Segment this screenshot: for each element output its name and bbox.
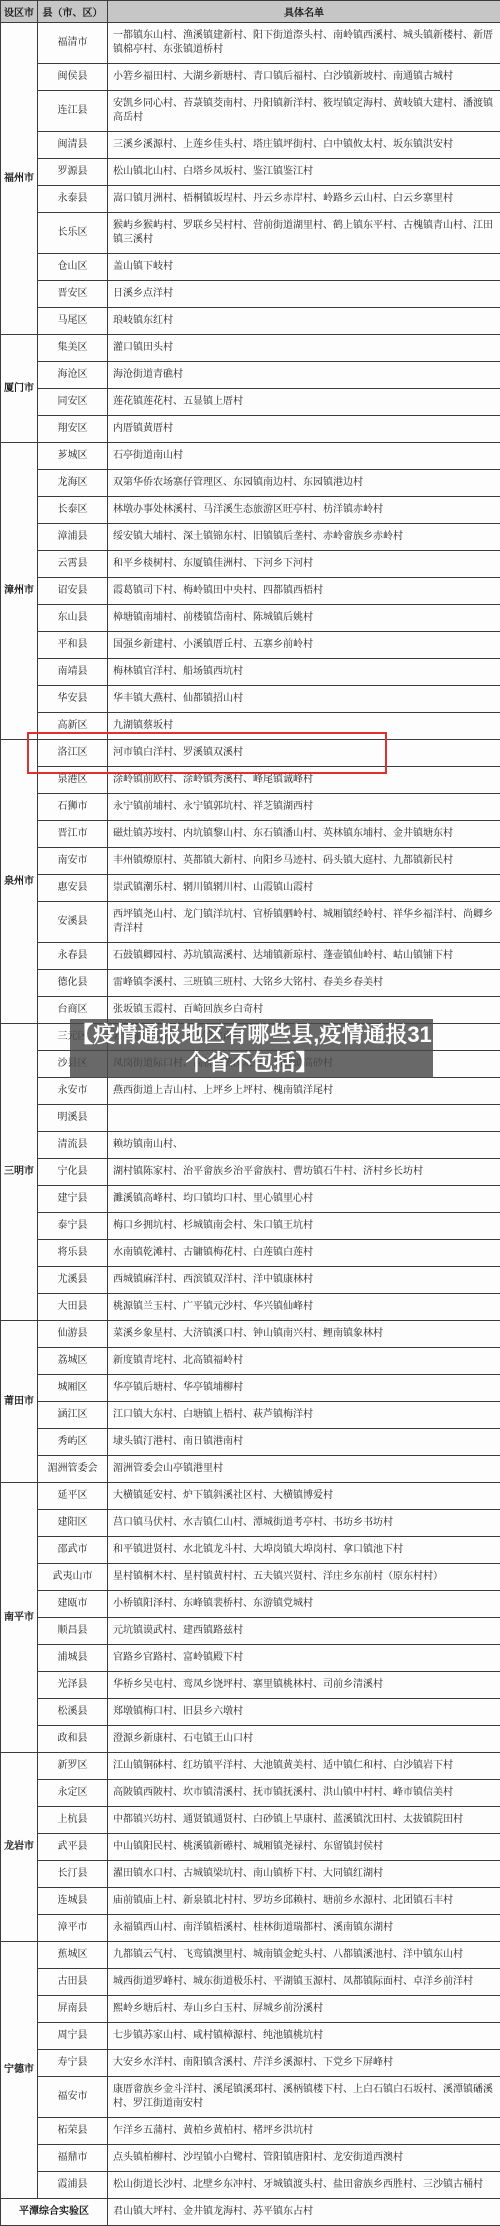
county-cell: 闽侯县	[38, 64, 108, 91]
county-cell: 宁化县	[38, 1159, 108, 1186]
villages-cell: 九都镇云气村、飞鸾镇澳里村、城南镇金蛇头村、八都镇溪池村、洋中镇东山村	[108, 1942, 500, 1969]
table-row: 建阳区莒口镇马伏村、水吉镇仁山村、潭城街道考亭村、书坊乡书坊村	[1, 1510, 500, 1537]
county-cell: 惠安县	[38, 875, 108, 902]
city-cell: 龙岩市	[1, 1753, 38, 1942]
county-cell: 泰宁县	[38, 1213, 108, 1240]
table-row: 永定区高陂镇西陂村、坎市镇清溪村、抚市镇抚溪村、洪山镇中村村、峰市镇信美村	[1, 1780, 500, 1807]
villages-cell: 梅口乡拥坑村、杉城镇南会村、朱口镇王坑村	[108, 1213, 500, 1240]
villages-cell: 松山街道长沙村、北壁乡东冲村、牙城镇渡头村、盐田畲族乡西胜村、三沙镇古桶村	[108, 2172, 500, 2199]
table-row: 晋安区日溪乡点洋村	[1, 281, 500, 308]
table-row: 湄洲管委会湄洲管委会山亭镇港里村	[1, 1456, 500, 1483]
county-cell: 武平县	[38, 1834, 108, 1861]
county-cell: 邵武市	[38, 1537, 108, 1564]
table-row: 邵武市和平镇进贤村、水北镇龙斗村、大埠岗镇大埠岗村、拿口镇池下村	[1, 1537, 500, 1564]
villages-cell: 湄洲管委会山亭镇港里村	[108, 1456, 500, 1483]
table-row: 闽清县三溪乡溪源村、上莲乡佳头村、塔庄镇坪街村、白中镇攸太村、坂东镇洪安村	[1, 132, 500, 159]
table-row: 石狮市永宁镇前埔村、永宁镇郭坑村、祥芝镇湖西村	[1, 794, 500, 821]
county-cell: 龙海区	[38, 470, 108, 497]
villages-cell: 永宁镇前埔村、永宁镇郭坑村、祥芝镇湖西村	[108, 794, 500, 821]
table-row: 城厢区华亭镇后塘村、华亭镇埔柳村	[1, 1375, 500, 1402]
county-cell: 政和县	[38, 1726, 108, 1753]
villages-cell: 莲花镇莲花村、五显镇上厝村	[108, 389, 500, 416]
county-cell: 华安县	[38, 686, 108, 713]
villages-cell: 点头镇柏柳村、沙埕镇小白鹭村、管阳镇唐阳村、龙安街道西澳村	[108, 2145, 500, 2172]
table-row: 武夷山市星村镇桐木村、星村镇黄村村、五夫镇兴贤村、洋庄乡东前村（原东村村）	[1, 1564, 500, 1591]
table-row: 屏南县熙岭乡塘后村、寿山乡白玉村、屏城乡前汾溪村	[1, 1996, 500, 2023]
villages-cell: 官路乡官路村、富岭镇殿下村	[108, 1645, 500, 1672]
villages-cell: 江山镇铜砵村、红坊镇平洋村、大池镇黄美村、适中镇仁和村、白沙镇岩下村	[108, 1753, 500, 1780]
city-cell: 三明市	[1, 1024, 38, 1321]
villages-cell: 七步镇苏家山村、咸村镇樟源村、纯池镇桃坑村	[108, 2023, 500, 2050]
table-body: 福州市福清市一都镇东山村、渔溪镇建新村、阳下街道漈头村、南岭镇西溪村、城头镇新楼…	[1, 23, 500, 2226]
table-row: 大田县桃源镇兰玉村、广平镇元沙村、华兴镇仙峰村	[1, 1294, 500, 1321]
county-cell: 安溪县	[38, 902, 108, 943]
villages-cell: 新度镇青垞村、北高镇福岭村	[108, 1348, 500, 1375]
villages-cell: 星村镇桐木村、星村镇黄村村、五夫镇兴贤村、洋庄乡东前村（原东村村）	[108, 1564, 500, 1591]
header-row: 设区市 县（市、区） 具体名单	[1, 1, 500, 23]
county-cell: 马尾区	[38, 308, 108, 335]
table-row: 政和县澄源乡新康村、石屯镇王山口村	[1, 1726, 500, 1753]
table-row: 闽侯县小箬乡福田村、大湖乡新塘村、青口镇后福村、白沙镇新坡村、南通镇古城村	[1, 64, 500, 91]
county-cell: 永定区	[38, 1780, 108, 1807]
table-row: 建瓯市小桥镇阳泽村、东峰镇裴桥村、东游镇党城村	[1, 1591, 500, 1618]
county-cell: 霞浦县	[38, 2172, 108, 2199]
table-row-pingtan: 平潭综合实验区君山镇大坪村、金井镇龙海村、苏平镇东占村	[1, 2199, 500, 2226]
county-cell: 涵江区	[38, 1402, 108, 1429]
table-row: 仓山区盖山镇下岐村	[1, 254, 500, 281]
villages-cell: 猴屿乡猴屿村、罗联乡吴村村、营前街道湖里村、鹤上镇东平村、古槐镇青山村、江田镇三…	[108, 213, 500, 254]
county-cell: 集美区	[38, 335, 108, 362]
county-cell: 晋安区	[38, 281, 108, 308]
table-row: 南安市丰州镇燎原村、英都镇大新村、向阳乡马迹村、码头镇大庭村、九都镇新民村	[1, 848, 500, 875]
region-cell: 平潭综合实验区	[1, 2199, 108, 2226]
county-cell: 福鼎市	[38, 2145, 108, 2172]
county-cell: 罗源县	[38, 159, 108, 186]
table-row: 漳平市永福镇西山村、南洋镇梧溪村、桂林街道瑞都村、溪南镇东湖村	[1, 1915, 500, 1942]
villages-cell: 郑墩镇梅口村、旧县乡六墩村	[108, 1699, 500, 1726]
county-cell: 海沧区	[38, 362, 108, 389]
table-row: 海沧区海沧街道青礁村	[1, 362, 500, 389]
villages-cell: 灌口镇田头村	[108, 335, 500, 362]
table-row: 诏安县霞葛镇司下村、梅岭镇田中央村、四都镇西梧村	[1, 578, 500, 605]
county-cell: 长泰区	[38, 497, 108, 524]
county-cell: 芗城区	[38, 443, 108, 470]
table-row: 翔安区内厝镇黄厝村	[1, 416, 500, 443]
county-cell: 寿宁县	[38, 2050, 108, 2077]
county-cell: 大田县	[38, 1294, 108, 1321]
table-row: 漳州市芗城区石亭街道南山村	[1, 443, 500, 470]
county-cell: 尤溪县	[38, 1267, 108, 1294]
villages-cell: 大横镇延安村、炉下镇斜溪社区村、大横镇博爱村	[108, 1483, 500, 1510]
table-row: 寿宁县大安乡水洋村、南阳镇含溪村、芹洋乡溪源村、下党乡下屏峰村	[1, 2050, 500, 2077]
table-row: 上杭县中都镇兴坊村、通贤镇通贤村、白砂镇上早康村、蓝溪镇沈田村、太拔镇院田村	[1, 1807, 500, 1834]
city-cell: 漳州市	[1, 443, 38, 740]
villages-cell: 松山镇北山村、白塔乡凤坂村、鉴江镇鉴江村	[108, 159, 500, 186]
county-cell: 秀屿区	[38, 1429, 108, 1456]
villages-cell: 元坑镇谟武村、建西镇路兹村	[108, 1618, 500, 1645]
county-cell: 光泽县	[38, 1672, 108, 1699]
county-cell: 平和县	[38, 632, 108, 659]
county-cell: 古田县	[38, 1969, 108, 1996]
document-page: 设区市 县（市、区） 具体名单 福州市福清市一都镇东山村、渔溪镇建新村、阳下街道…	[0, 0, 500, 2226]
villages-cell: 三溪乡溪源村、上莲乡佳头村、塔庄镇坪街村、白中镇攸太村、坂东镇洪安村	[108, 132, 500, 159]
county-cell: 南安市	[38, 848, 108, 875]
table-row: 霞浦县松山街道长沙村、北壁乡东冲村、牙城镇渡头村、盐田畲族乡西胜村、三沙镇古桶村	[1, 2172, 500, 2199]
villages-cell: 高陂镇西陂村、坎市镇清溪村、抚市镇抚溪村、洪山镇中村村、峰市镇信美村	[108, 1780, 500, 1807]
table-row: 泉州市洛江区河市镇白洋村、罗溪镇双溪村	[1, 740, 500, 767]
table-row: 华安县华丰镇大燕村、仙都镇招山村	[1, 686, 500, 713]
county-cell: 福清市	[38, 23, 108, 64]
table-row: 漳浦县绥安镇大埔村、深土镇锦东村、旧镇镇后垄村、赤岭畲族乡赤岭村	[1, 524, 500, 551]
villages-cell: 小桥镇阳泽村、东峰镇裴桥村、东游镇党城村	[108, 1591, 500, 1618]
villages-cell: 一都镇东山村、渔溪镇建新村、阳下街道漈头村、南岭镇西溪村、城头镇新楼村、新厝镇棉…	[108, 23, 500, 64]
table-row: 周宁县七步镇苏家山村、咸村镇樟源村、纯池镇桃坑村	[1, 2023, 500, 2050]
villages-cell: 石鼓镇卿园村、苏坑镇嵩溪村、达埔镇新琼村、蓬壶镇仙岭村、岵山镇铺下村	[108, 943, 500, 970]
county-cell: 云霄县	[38, 551, 108, 578]
county-cell: 福安市	[38, 2077, 108, 2118]
table-row: 清流县赖坊镇南山村、	[1, 1132, 500, 1159]
table-row: 平和县国强乡新建村、小溪镇厝丘村、五寨乡前岭村	[1, 632, 500, 659]
county-cell: 松溪县	[38, 1699, 108, 1726]
table-row: 古田县城西街道罗峰村、城东街道极乐村、平湖镇玉源村、凤都镇际面村、卓洋乡前洋村	[1, 1969, 500, 1996]
table-row: 福鼎市点头镇柏柳村、沙埕镇小白鹭村、管阳镇唐阳村、龙安街道西澳村	[1, 2145, 500, 2172]
villages-cell: 赖坊镇南山村、	[108, 1132, 500, 1159]
watermark-overlay: 【疫情通报地区有哪些县,疫情通报31个省不包括】	[70, 1019, 433, 1078]
county-cell: 晋江市	[38, 821, 108, 848]
county-cell: 仙游县	[38, 1321, 108, 1348]
table-row: 光泽县华桥乡吴屯村、鸾凤乡饶坪村、寨里镇桃林村、司前乡清溪村	[1, 1672, 500, 1699]
county-cell: 长乐区	[38, 213, 108, 254]
table-row: 松溪县郑墩镇梅口村、旧县乡六墩村	[1, 1699, 500, 1726]
table-row: 宁德市蕉城区九都镇云气村、飞鸾镇澳里村、城南镇金蛇头村、八都镇溪池村、洋中镇东山…	[1, 1942, 500, 1969]
villages-cell: 琅岐镇东红村	[108, 308, 500, 335]
villages-cell: 莒口镇马伏村、水吉镇仁山村、潭城街道考亭村、书坊乡书坊村	[108, 1510, 500, 1537]
county-cell: 延平区	[38, 1483, 108, 1510]
table-row: 罗源县松山镇北山村、白塔乡凤坂村、鉴江镇鉴江村	[1, 159, 500, 186]
table-row: 泉港区涂岭镇前欧村、涂岭镇秀溪村、峰尾镇诚峰村	[1, 767, 500, 794]
county-cell: 永泰县	[38, 186, 108, 213]
table-row: 将乐县水南镇乾滩村、古镛镇梅花村、白莲镇白莲村	[1, 1240, 500, 1267]
county-cell: 清流县	[38, 1132, 108, 1159]
table-row: 德化县雷峰镇李溪村、三班镇三班村、大铭乡大铭村、春美乡春美村	[1, 970, 500, 997]
villages-cell: 澄源乡新康村、石屯镇王山口村	[108, 1726, 500, 1753]
villages-cell: 濯田镇水口村、古城镇梁坑村、南山镇桥下村、大同镇红湖村	[108, 1861, 500, 1888]
villages-cell: 华桥乡吴屯村、鸾凤乡饶坪村、寨里镇桃林村、司前乡清溪村	[108, 1672, 500, 1699]
county-cell: 连江县	[38, 91, 108, 132]
villages-cell: 崇武镇潮乐村、辋川镇辋川村、山霞镇山霞村	[108, 875, 500, 902]
villages-cell: 绥安镇大埔村、深土镇锦东村、旧镇镇后垄村、赤岭畲族乡赤岭村	[108, 524, 500, 551]
villages-cell: 君山镇大坪村、金井镇龙海村、苏平镇东占村	[108, 2199, 500, 2226]
table-row: 永春县石鼓镇卿园村、苏坑镇嵩溪村、达埔镇新琼村、蓬壶镇仙岭村、岵山镇铺下村	[1, 943, 500, 970]
villages-cell: 桃源镇兰玉村、广平镇元沙村、华兴镇仙峰村	[108, 1294, 500, 1321]
villages-cell: 林墩办事处林溪村、马洋溪生态旅游区旺亭村、枋洋镇赤岭村	[108, 497, 500, 524]
county-cell: 湄洲管委会	[38, 1456, 108, 1483]
city-cell: 福州市	[1, 23, 38, 335]
table-row: 东山县樟塘镇南埔村、前楼镇岱南村、陈城镇后姚村	[1, 605, 500, 632]
county-cell: 顺昌县	[38, 1618, 108, 1645]
city-cell: 莆田市	[1, 1321, 38, 1483]
table-header: 设区市 县（市、区） 具体名单	[1, 1, 500, 23]
table-row: 泰宁县梅口乡拥坑村、杉城镇南会村、朱口镇王坑村	[1, 1213, 500, 1240]
county-cell: 诏安县	[38, 578, 108, 605]
county-cell: 建瓯市	[38, 1591, 108, 1618]
county-cell: 东山县	[38, 605, 108, 632]
header-city: 设区市	[1, 1, 38, 23]
villages-cell: 盖山镇下岐村	[108, 254, 500, 281]
villages-cell: 庙前镇庙上村、新泉镇北村村、罗坊乡邱赖村、塘前乡水源村、北团镇石丰村	[108, 1888, 500, 1915]
table-row: 荔城区新度镇青垞村、北高镇福岭村	[1, 1348, 500, 1375]
county-cell: 屏南县	[38, 1996, 108, 2023]
table-row: 明溪县	[1, 1105, 500, 1132]
table-row: 长泰区林墩办事处林溪村、马洋溪生态旅游区旺亭村、枋洋镇赤岭村	[1, 497, 500, 524]
county-cell: 同安区	[38, 389, 108, 416]
county-cell: 高新区	[38, 713, 108, 740]
villages-cell: 水南镇乾滩村、古镛镇梅花村、白莲镇白莲村	[108, 1240, 500, 1267]
villages-cell: 中山镇阳民村、桃溪镇新礤村、城厢镇尧禄村、东留镇封侯村	[108, 1834, 500, 1861]
table-row: 龙海区双第华侨农场寨仔管理区、东园镇南边村、东园镇港边村	[1, 470, 500, 497]
county-cell: 洛江区	[38, 740, 108, 767]
table-row: 涵江区江口镇大东村、白塘镇上梧村、萩芦镇梅洋村	[1, 1402, 500, 1429]
table-row: 福安市康厝畲族乡金斗洋村、溪尾镇溪邳村、溪柄镇楼下村、上白石镇白石坂村、溪潭镇磻…	[1, 2077, 500, 2118]
county-cell: 石狮市	[38, 794, 108, 821]
table-row: 南平市延平区大横镇延安村、炉下镇斜溪社区村、大横镇博爱村	[1, 1483, 500, 1510]
villages-cell: 江口镇大东村、白塘镇上梧村、萩芦镇梅洋村	[108, 1402, 500, 1429]
county-cell: 漳浦县	[38, 524, 108, 551]
county-cell: 周宁县	[38, 2023, 108, 2050]
villages-cell: 磁灶镇苏垵村、内坑镇黎山村、东石镇潘山村、英林镇东埔村、金井镇塘东村	[108, 821, 500, 848]
county-cell: 长汀县	[38, 1861, 108, 1888]
villages-cell: 日溪乡点洋村	[108, 281, 500, 308]
table-row: 莆田市仙游县菜溪乡象星村、大济镇溪口村、钟山镇南兴村、鲤南镇象林村	[1, 1321, 500, 1348]
villages-cell: 国强乡新建村、小溪镇厝丘村、五寨乡前岭村	[108, 632, 500, 659]
region-table: 设区市 县（市、区） 具体名单 福州市福清市一都镇东山村、渔溪镇建新村、阳下街道…	[0, 0, 500, 2226]
table-row: 秀屿区埭头镇汀港村、南日镇港南村	[1, 1429, 500, 1456]
villages-cell: 安凯乡同心村、苔菉镇茭南村、丹阳镇新洋村、筱埕镇定海村、黄岐镇大建村、潘渡镇高岳…	[108, 91, 500, 132]
table-row: 武平县中山镇阳民村、桃溪镇新礤村、城厢镇尧禄村、东留镇封侯村	[1, 1834, 500, 1861]
villages-cell: 和平乡棪树村、东厦镇佳洲村、下河乡下河村	[108, 551, 500, 578]
table-row: 龙岩市新罗区江山镇铜砵村、红坊镇平洋村、大池镇黄美村、适中镇仁和村、白沙镇岩下村	[1, 1753, 500, 1780]
villages-cell: 双第华侨农场寨仔管理区、东园镇南边村、东园镇港边村	[108, 470, 500, 497]
header-villages: 具体名单	[108, 1, 500, 23]
table-row: 高新区九湖镇蔡坂村	[1, 713, 500, 740]
county-cell: 武夷山市	[38, 1564, 108, 1591]
county-cell: 新罗区	[38, 1753, 108, 1780]
table-row: 惠安县崇武镇潮乐村、辋川镇辋川村、山霞镇山霞村	[1, 875, 500, 902]
villages-cell: 内厝镇黄厝村	[108, 416, 500, 443]
county-cell: 翔安区	[38, 416, 108, 443]
table-row: 同安区莲花镇莲花村、五显镇上厝村	[1, 389, 500, 416]
villages-cell: 华丰镇大燕村、仙都镇招山村	[108, 686, 500, 713]
table-row: 宁化县湖村镇陈家村、治平畲族乡治平畲族村、曹坊镇石牛村、济村乡长坊村	[1, 1159, 500, 1186]
villages-cell: 燕西街道上吉山村、上坪乡上坪村、槐南镇洋尾村	[108, 1078, 500, 1105]
table-row: 顺昌县元坑镇谟武村、建西镇路兹村	[1, 1618, 500, 1645]
county-cell: 连城县	[38, 1888, 108, 1915]
table-row: 马尾区琅岐镇东红村	[1, 308, 500, 335]
villages-cell: 嵩口镇月洲村、梧桐镇坂埕村、丹云乡赤岸村、岭路乡云山村、白云乡寨里村	[108, 186, 500, 213]
table-row: 长汀县濯田镇水口村、古城镇梁坑村、南山镇桥下村、大同镇红湖村	[1, 1861, 500, 1888]
table-row: 晋江市磁灶镇苏垵村、内坑镇黎山村、东石镇潘山村、英林镇东埔村、金井镇塘东村	[1, 821, 500, 848]
villages-cell: 涂岭镇前欧村、涂岭镇秀溪村、峰尾镇诚峰村	[108, 767, 500, 794]
villages-cell: 石亭街道南山村	[108, 443, 500, 470]
table-row: 永安市燕西街道上吉山村、上坪乡上坪村、槐南镇洋尾村	[1, 1078, 500, 1105]
villages-cell: 埭头镇汀港村、南日镇港南村	[108, 1429, 500, 1456]
county-cell: 德化县	[38, 970, 108, 997]
county-cell: 明溪县	[38, 1105, 108, 1132]
county-cell: 南靖县	[38, 659, 108, 686]
villages-cell: 菜溪乡象星村、大济镇溪口村、钟山镇南兴村、鲤南镇象林村	[108, 1321, 500, 1348]
villages-cell: 熙岭乡塘后村、寿山乡白玉村、屏城乡前汾溪村	[108, 1996, 500, 2023]
county-cell: 蕉城区	[38, 1942, 108, 1969]
villages-cell: 乍洋乡五蒲村、黄柏乡黄柏村、楮坪乡洪坑村	[108, 2118, 500, 2145]
villages-cell: 西坪镇尧山村、龙门镇洋坑村、官桥镇驷岭村、城厢镇经岭村、祥华乡福洋村、尚卿乡青洋…	[108, 902, 500, 943]
table-row: 云霄县和平乡棪树村、东厦镇佳洲村、下河乡下河村	[1, 551, 500, 578]
county-cell: 荔城区	[38, 1348, 108, 1375]
villages-cell: 霞葛镇司下村、梅岭镇田中央村、四都镇西梧村	[108, 578, 500, 605]
table-row: 福州市福清市一都镇东山村、渔溪镇建新村、阳下街道漈头村、南岭镇西溪村、城头镇新楼…	[1, 23, 500, 64]
villages-cell: 城西街道罗峰村、城东街道极乐村、平湖镇玉源村、凤都镇际面村、卓洋乡前洋村	[108, 1969, 500, 1996]
header-county: 县（市、区）	[38, 1, 108, 23]
table-row: 厦门市集美区灌口镇田头村	[1, 335, 500, 362]
villages-cell: 永福镇西山村、南洋镇梧溪村、桂林街道瑞都村、溪南镇东湖村	[108, 1915, 500, 1942]
county-cell: 建阳区	[38, 1510, 108, 1537]
villages-cell: 华亭镇后塘村、华亭镇埔柳村	[108, 1375, 500, 1402]
city-cell: 泉州市	[1, 740, 38, 1024]
villages-cell: 梅林镇官洋村、船场镇西坑村	[108, 659, 500, 686]
city-cell: 宁德市	[1, 1942, 38, 2199]
county-cell: 漳平市	[38, 1915, 108, 1942]
city-cell: 厦门市	[1, 335, 38, 443]
villages-cell: 丰州镇燎原村、英都镇大新村、向阳乡马迹村、码头镇大庭村、九都镇新民村	[108, 848, 500, 875]
city-cell: 南平市	[1, 1483, 38, 1753]
villages-cell: 和平镇进贤村、水北镇龙斗村、大埠岗镇大埠岗村、拿口镇池下村	[108, 1537, 500, 1564]
table-row: 浦城县官路乡官路村、富岭镇殿下村	[1, 1645, 500, 1672]
county-cell: 永安市	[38, 1078, 108, 1105]
villages-cell	[108, 1105, 500, 1132]
table-row: 尤溪县西城镇麻洋村、西滨镇双洋村、洋中镇康林村	[1, 1267, 500, 1294]
villages-cell: 河市镇白洋村、罗溪镇双溪村	[108, 740, 500, 767]
villages-cell: 海沧街道青礁村	[108, 362, 500, 389]
table-row: 连江县安凯乡同心村、苔菉镇茭南村、丹阳镇新洋村、筱埕镇定海村、黄岐镇大建村、潘渡…	[1, 91, 500, 132]
table-row: 永泰县嵩口镇月洲村、梧桐镇坂埕村、丹云乡赤岸村、岭路乡云山村、白云乡寨里村	[1, 186, 500, 213]
county-cell: 上杭县	[38, 1807, 108, 1834]
county-cell: 城厢区	[38, 1375, 108, 1402]
table-row: 连城县庙前镇庙上村、新泉镇北村村、罗坊乡邱赖村、塘前乡水源村、北团镇石丰村	[1, 1888, 500, 1915]
table-row: 长乐区猴屿乡猴屿村、罗联乡吴村村、营前街道湖里村、鹤上镇东平村、古槐镇青山村、江…	[1, 213, 500, 254]
county-cell: 建宁县	[38, 1186, 108, 1213]
county-cell: 将乐县	[38, 1240, 108, 1267]
county-cell: 闽清县	[38, 132, 108, 159]
county-cell: 浦城县	[38, 1645, 108, 1672]
table-row: 南靖县梅林镇官洋村、船场镇西坑村	[1, 659, 500, 686]
table-row: 柘荣县乍洋乡五蒲村、黄柏乡黄柏村、楮坪乡洪坑村	[1, 2118, 500, 2145]
villages-cell: 雷峰镇李溪村、三班镇三班村、大铭乡大铭村、春美乡春美村	[108, 970, 500, 997]
villages-cell: 樟塘镇南埔村、前楼镇岱南村、陈城镇后姚村	[108, 605, 500, 632]
villages-cell: 小箬乡福田村、大湖乡新塘村、青口镇后福村、白沙镇新坡村、南通镇古城村	[108, 64, 500, 91]
villages-cell: 九湖镇蔡坂村	[108, 713, 500, 740]
villages-cell: 大安乡水洋村、南阳镇含溪村、芹洋乡溪源村、下党乡下屏峰村	[108, 2050, 500, 2077]
county-cell: 柘荣县	[38, 2118, 108, 2145]
table-row: 安溪县西坪镇尧山村、龙门镇洋坑村、官桥镇驷岭村、城厢镇经岭村、祥华乡福洋村、尚卿…	[1, 902, 500, 943]
county-cell: 泉港区	[38, 767, 108, 794]
county-cell: 永春县	[38, 943, 108, 970]
villages-cell: 濉溪镇高峰村、均口镇均口村、里心镇里心村	[108, 1186, 500, 1213]
villages-cell: 康厝畲族乡金斗洋村、溪尾镇溪邳村、溪柄镇楼下村、上白石镇白石坂村、溪潭镇磻溪村、…	[108, 2077, 500, 2118]
county-cell: 仓山区	[38, 254, 108, 281]
villages-cell: 中都镇兴坊村、通贤镇通贤村、白砂镇上早康村、蓝溪镇沈田村、太拔镇院田村	[108, 1807, 500, 1834]
villages-cell: 湖村镇陈家村、治平畲族乡治平畲族村、曹坊镇石牛村、济村乡长坊村	[108, 1159, 500, 1186]
villages-cell: 西城镇麻洋村、西滨镇双洋村、洋中镇康林村	[108, 1267, 500, 1294]
table-row: 建宁县濉溪镇高峰村、均口镇均口村、里心镇里心村	[1, 1186, 500, 1213]
